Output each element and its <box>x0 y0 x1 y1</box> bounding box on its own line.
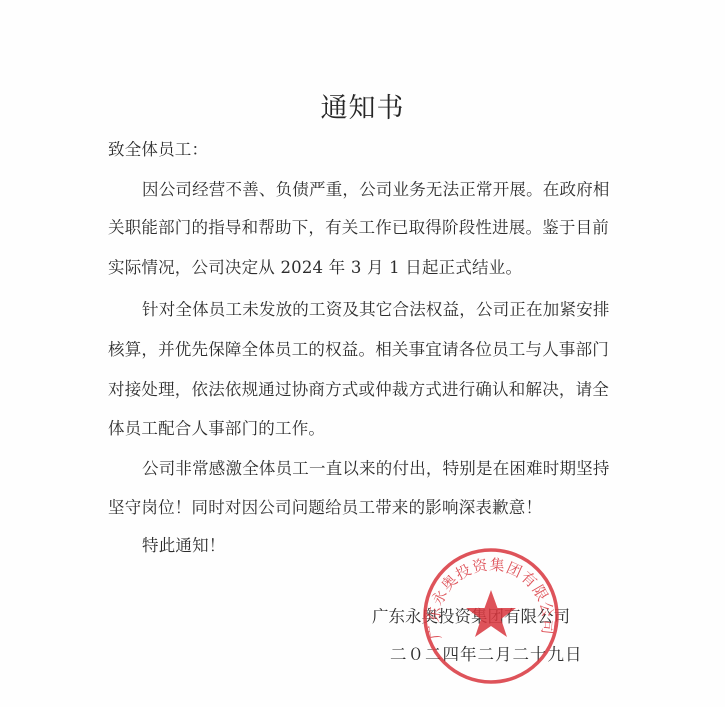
svg-text:广东永奥投资集团有限公司: 广东永奥投资集团有限公司 <box>425 556 558 641</box>
paragraph-1-line-1: 因公司经营不善、负债严重，公司业务无法正常开展。在政府相 <box>142 176 610 200</box>
paragraph-2-line-4: 体员工配合人事部门的工作。 <box>108 415 325 439</box>
paragraph-2-line-2: 核算，并优先保障全体员工的权益。相关事宜请各位员工与人事部门 <box>108 336 609 360</box>
paragraph-2-line-3: 对接处理，依法依规通过协商方式或仲裁方式进行确认和解决，请全 <box>108 376 609 400</box>
signature-date: 二０二四年二月二十九日 <box>390 641 583 665</box>
paragraph-3-line-2: 坚守岗位！同时对因公司问题给员工带来的影响深表歉意！ <box>108 494 542 518</box>
notice-document: 通知书 致全体员工： 因公司经营不善、负债严重，公司业务无法正常开展。在政府相 … <box>0 0 725 707</box>
signature-company: 广东永奥投资集团有限公司 <box>372 603 570 627</box>
document-title: 通知书 <box>0 86 725 125</box>
paragraph-1-line-3: 实际情况，公司决定从 2024 年 3 月 1 日起正式结业。 <box>108 254 522 278</box>
closing-remark: 特此通知！ <box>142 532 226 556</box>
paragraph-3-line-1: 公司非常感激全体员工一直以来的付出，特别是在困难时期坚持 <box>142 455 610 479</box>
salutation: 致全体员工： <box>108 136 208 160</box>
paragraph-2-line-1: 针对全体员工未发放的工资及其它合法权益，公司正在加紧安排 <box>142 296 610 320</box>
paragraph-1-line-2: 关职能部门的指导和帮助下，有关工作已取得阶段性进展。鉴于目前 <box>108 214 609 238</box>
stamp-text: 广东永奥投资集团有限公司 <box>425 556 558 641</box>
